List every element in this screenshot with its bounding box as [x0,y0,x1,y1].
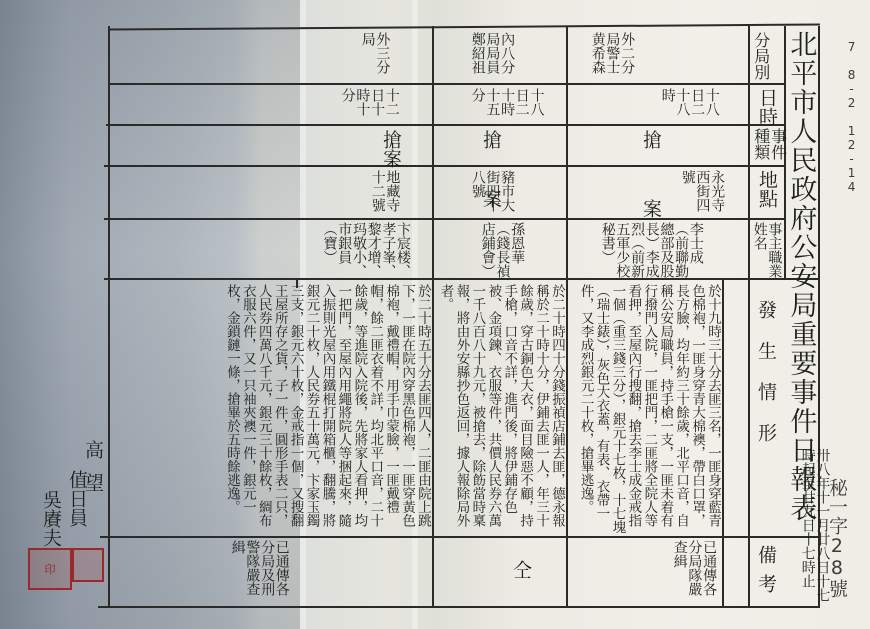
header-datetime: 日時 [756,88,776,126]
header-bureau: 分局別 [752,32,769,82]
case-datetime: 十八日二十時十五分 [470,88,543,124]
archive-note: 秘一字28號 [826,478,846,598]
header-remarks: 備考 [755,545,775,603]
case-bureau: 外二分局警士黄希森 [590,32,634,82]
case-bureau: 內八分局局員鄭紹祖 [470,32,514,82]
header-location: 地點 [756,170,776,208]
case-location: 豬市大街四十八號 [470,170,514,218]
second-officer-name: 吳賡夫 [40,490,60,547]
header-event-type: 事件種類 [752,128,786,164]
case-circumstances: 於十九時三十分去匪三名，一匪身穿藍青色棉袍，一匪身穿青大棉襖，帶白口罩，長方臉，… [570,284,720,534]
case-remarks: 仝 [510,560,530,579]
report-period: 卅八年十一月廿八日十七時起至廿九日十七時止 [800,448,829,608]
case-principal: 孫恩華（錢長禎店鋪會） [480,222,524,278]
case-circumstances: 於二十時五十分去匪四人，二匪由院上跳下，一匪在院內穿黑色棉袍，一匪穿黃色棉袍，戴… [112,284,430,534]
seal-stamp-2 [72,548,104,582]
case-bureau: 外三分局 [360,32,389,82]
case-location: 永光寺西街四號 [680,170,724,218]
case-location: 地藏寺十二號 [370,170,399,218]
header-circumstances: 發生情形 [755,300,775,464]
case-remarks: 已通傳各分局及刑警隊嚴查緝 [230,540,289,604]
case-event-type: 搶案 [380,130,400,168]
duty-officer-name: 高望 [82,440,102,506]
case-datetime: 十八日二十八時 [660,88,719,124]
archive-number: 7 8-2 12-14 [845,40,858,194]
case-principal: 卞宸楼、孝子峯、黎才增、玛敬小、市銀員（寶） [290,222,410,278]
case-circumstances: 於二十時四十分錢振禎店鋪去匪，德永報稱於二十時十分，伊鋪去匪一人，年三十餘歲，穿… [436,284,564,534]
header-principal: 事主職業姓名 [752,222,781,278]
case-principal: 李士成（前聯勤總部及股長）李成烈（前新五軍少校秘書） [600,222,703,278]
case-remarks: 已通傳各分局隊嚴查緝 [672,540,716,604]
seal-stamp: 印 [28,548,72,590]
case-datetime: 十二日十時十分 [340,88,399,124]
